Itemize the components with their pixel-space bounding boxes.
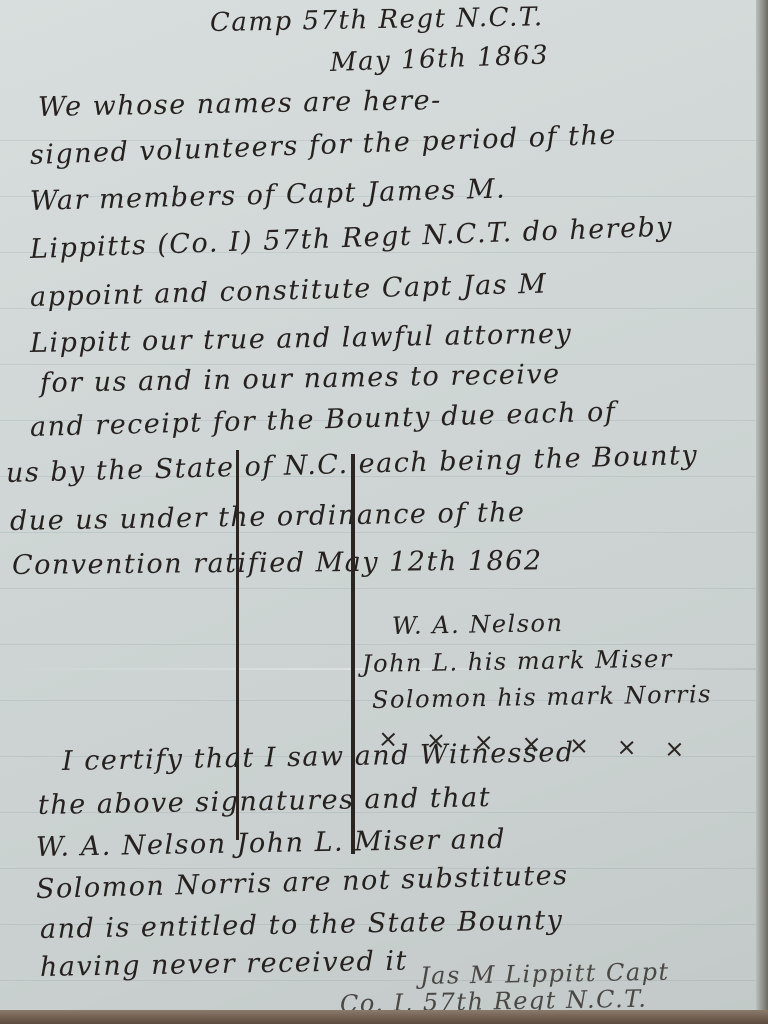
paper-edge-shadow (756, 0, 768, 1024)
body-line: due us under the ordinance of the (10, 497, 526, 537)
header-date: May 16th 1863 (329, 40, 549, 78)
ruled-line (0, 588, 766, 589)
ink-vertical-line (236, 450, 239, 840)
body-line: appoint and constitute Capt Jas M (30, 268, 548, 313)
certification-line: and is entitled to the State Bounty (40, 905, 564, 945)
body-line: Convention ratified May 12th 1862 (12, 545, 543, 581)
certification-line: having never received it (40, 946, 408, 983)
body-line: Lippitts (Co. I) 57th Regt N.C.T. do her… (29, 212, 673, 265)
signature-norris: Solomon his mark Norris (372, 680, 712, 714)
body-line: signed volunteers for the period of the (29, 120, 617, 171)
certification-line: W. A. Nelson John L. Miser and (36, 824, 507, 863)
header-place: Camp 57th Regt N.C.T. (210, 2, 544, 38)
certification-line: the above signatures and that (38, 782, 492, 821)
signature-nelson: W. A. Nelson (392, 609, 564, 640)
certification-line: I certify that I saw and Witnessed (62, 737, 575, 777)
body-line: War members of Capt James M. (30, 174, 507, 217)
handwritten-document: Camp 57th Regt N.C.T. May 16th 1863 We w… (0, 0, 766, 1018)
certification-line: Solomon Norris are not substitutes (36, 860, 569, 905)
body-line: and receipt for the Bounty due each of (30, 397, 617, 443)
table-surface (0, 1010, 768, 1024)
body-line: Lippitt our true and lawful attorney (30, 319, 573, 359)
body-line: We whose names are here- (38, 85, 442, 123)
signature-miser: John L. his mark Miser (362, 645, 673, 678)
